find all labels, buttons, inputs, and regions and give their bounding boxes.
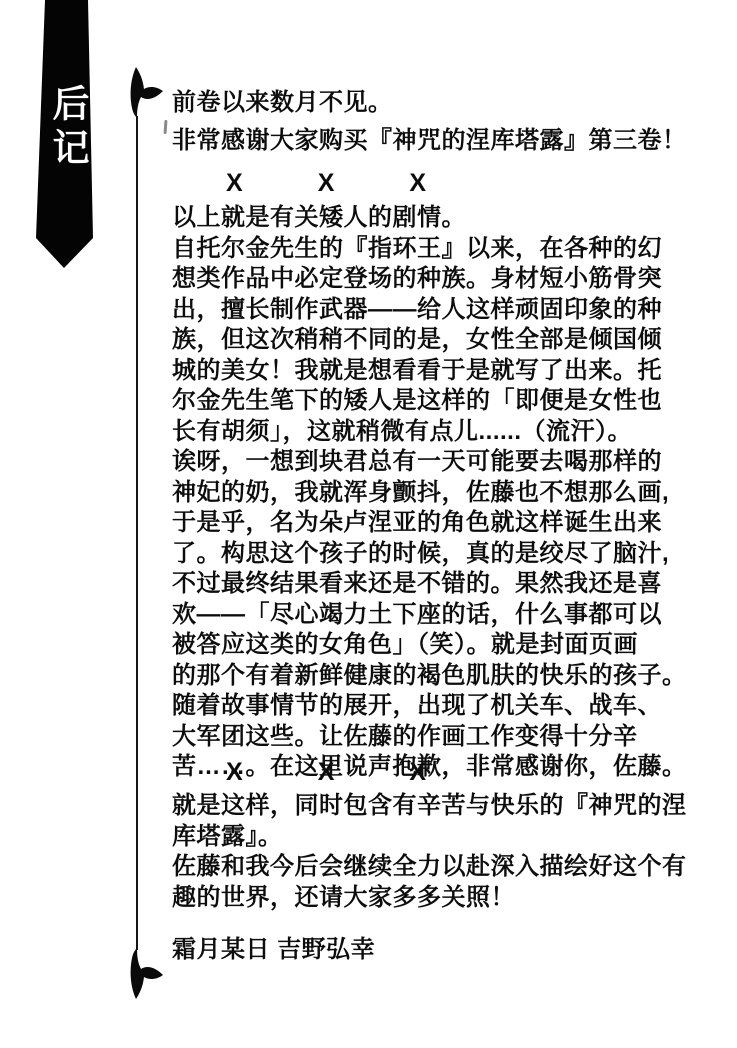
separator-x: X (318, 758, 335, 787)
afterword-line: 以上就是有关矮人的剧情。 (172, 203, 687, 234)
afterword-line: 了。构思这个孩子的时候，真的是绞尽了脑汁, (172, 539, 687, 570)
afterword-line: 想类作品中必定登场的种族。身材短小筋骨突 (172, 264, 687, 295)
separator-x: X (409, 169, 426, 198)
vertical-rule (136, 116, 138, 950)
afterword-line: 非常感谢大家购买『神咒的涅库塔露』第三卷！ (172, 122, 687, 160)
main-paragraph: 以上就是有关矮人的剧情。 自托尔金先生的『指环王』以来，在各种的幻 想类作品中必… (172, 203, 687, 783)
afterword-line: 于是乎，名为朵卢涅亚的角色就这样诞生出来 (172, 508, 687, 539)
separator-x: X (226, 169, 243, 198)
afterword-line: 的那个有着新鲜健康的褐色肌肤的快乐的孩子。 (172, 661, 687, 692)
scan-speck (164, 120, 168, 134)
section-separator: X X X (172, 169, 426, 198)
afterword-line: 被答应这类的女角色」（笑）。就是封面页画 (172, 630, 687, 661)
afterword-line: 就是这样，同时包含有辛苦与快乐的『神咒的涅 (172, 791, 687, 822)
separator-x: X (409, 758, 426, 787)
afterword-line: 趣的世界，还请大家多多关照！ (172, 883, 687, 914)
afterword-line: 佐藤和我今后会继续全力以赴深入描绘好这个有 (172, 852, 687, 883)
afterword-line: 库塔露』。 (172, 822, 687, 853)
afterword-line: 诶呀，一想到块君总有一天可能要去喝那样的 (172, 447, 687, 478)
separator-x: X (226, 758, 243, 787)
quill-flourish-top-icon (128, 66, 166, 118)
quill-flourish-bottom-icon (128, 948, 166, 1000)
afterword-line: 前卷以来数月不见。 (172, 84, 687, 122)
section-separator: X X X (172, 758, 426, 787)
afterword-page: 后记 前卷以来数月不见。 非常感谢大家购买『神咒的涅库塔露』第三卷！ X X X… (0, 0, 737, 1048)
afterword-line: 尔金先生笔下的矮人是这样的「即便是女性也 (172, 386, 687, 417)
intro-paragraph: 前卷以来数月不见。 非常感谢大家购买『神咒的涅库塔露』第三卷！ (172, 84, 687, 160)
afterword-line: 欢——「尽心竭力土下座的话，什么事都可以 (172, 600, 687, 631)
afterword-line: 神妃的奶，我就浑身颤抖，佐藤也不想那么画, (172, 478, 687, 509)
closing-paragraph: 就是这样，同时包含有辛苦与快乐的『神咒的涅 库塔露』。 佐藤和我今后会继续全力以… (172, 791, 687, 913)
afterword-line: 随着故事情节的展开，出现了机关车、战车、 (172, 691, 687, 722)
afterword-line: 大军团这些。让佐藤的作画工作变得十分辛 (172, 722, 687, 753)
afterword-line: 出，擅长制作武器——给人这样顽固印象的种 (172, 295, 687, 326)
afterword-line: 长有胡须」，这就稍微有点儿......（流汗）。 (172, 417, 687, 448)
afterword-title: 后记 (47, 84, 87, 204)
afterword-line: 不过最终结果看来还是不错的。果然我还是喜 (172, 569, 687, 600)
separator-x: X (318, 169, 335, 198)
afterword-line: 城的美女！我就是想看看于是就写了出来。托 (172, 356, 687, 387)
afterword-line: 族，但这次稍稍不同的是，女性全部是倾国倾 (172, 325, 687, 356)
author-signature: 霜月某日 吉野弘幸 (172, 929, 375, 964)
afterword-line: 自托尔金先生的『指环王』以来，在各种的幻 (172, 234, 687, 265)
